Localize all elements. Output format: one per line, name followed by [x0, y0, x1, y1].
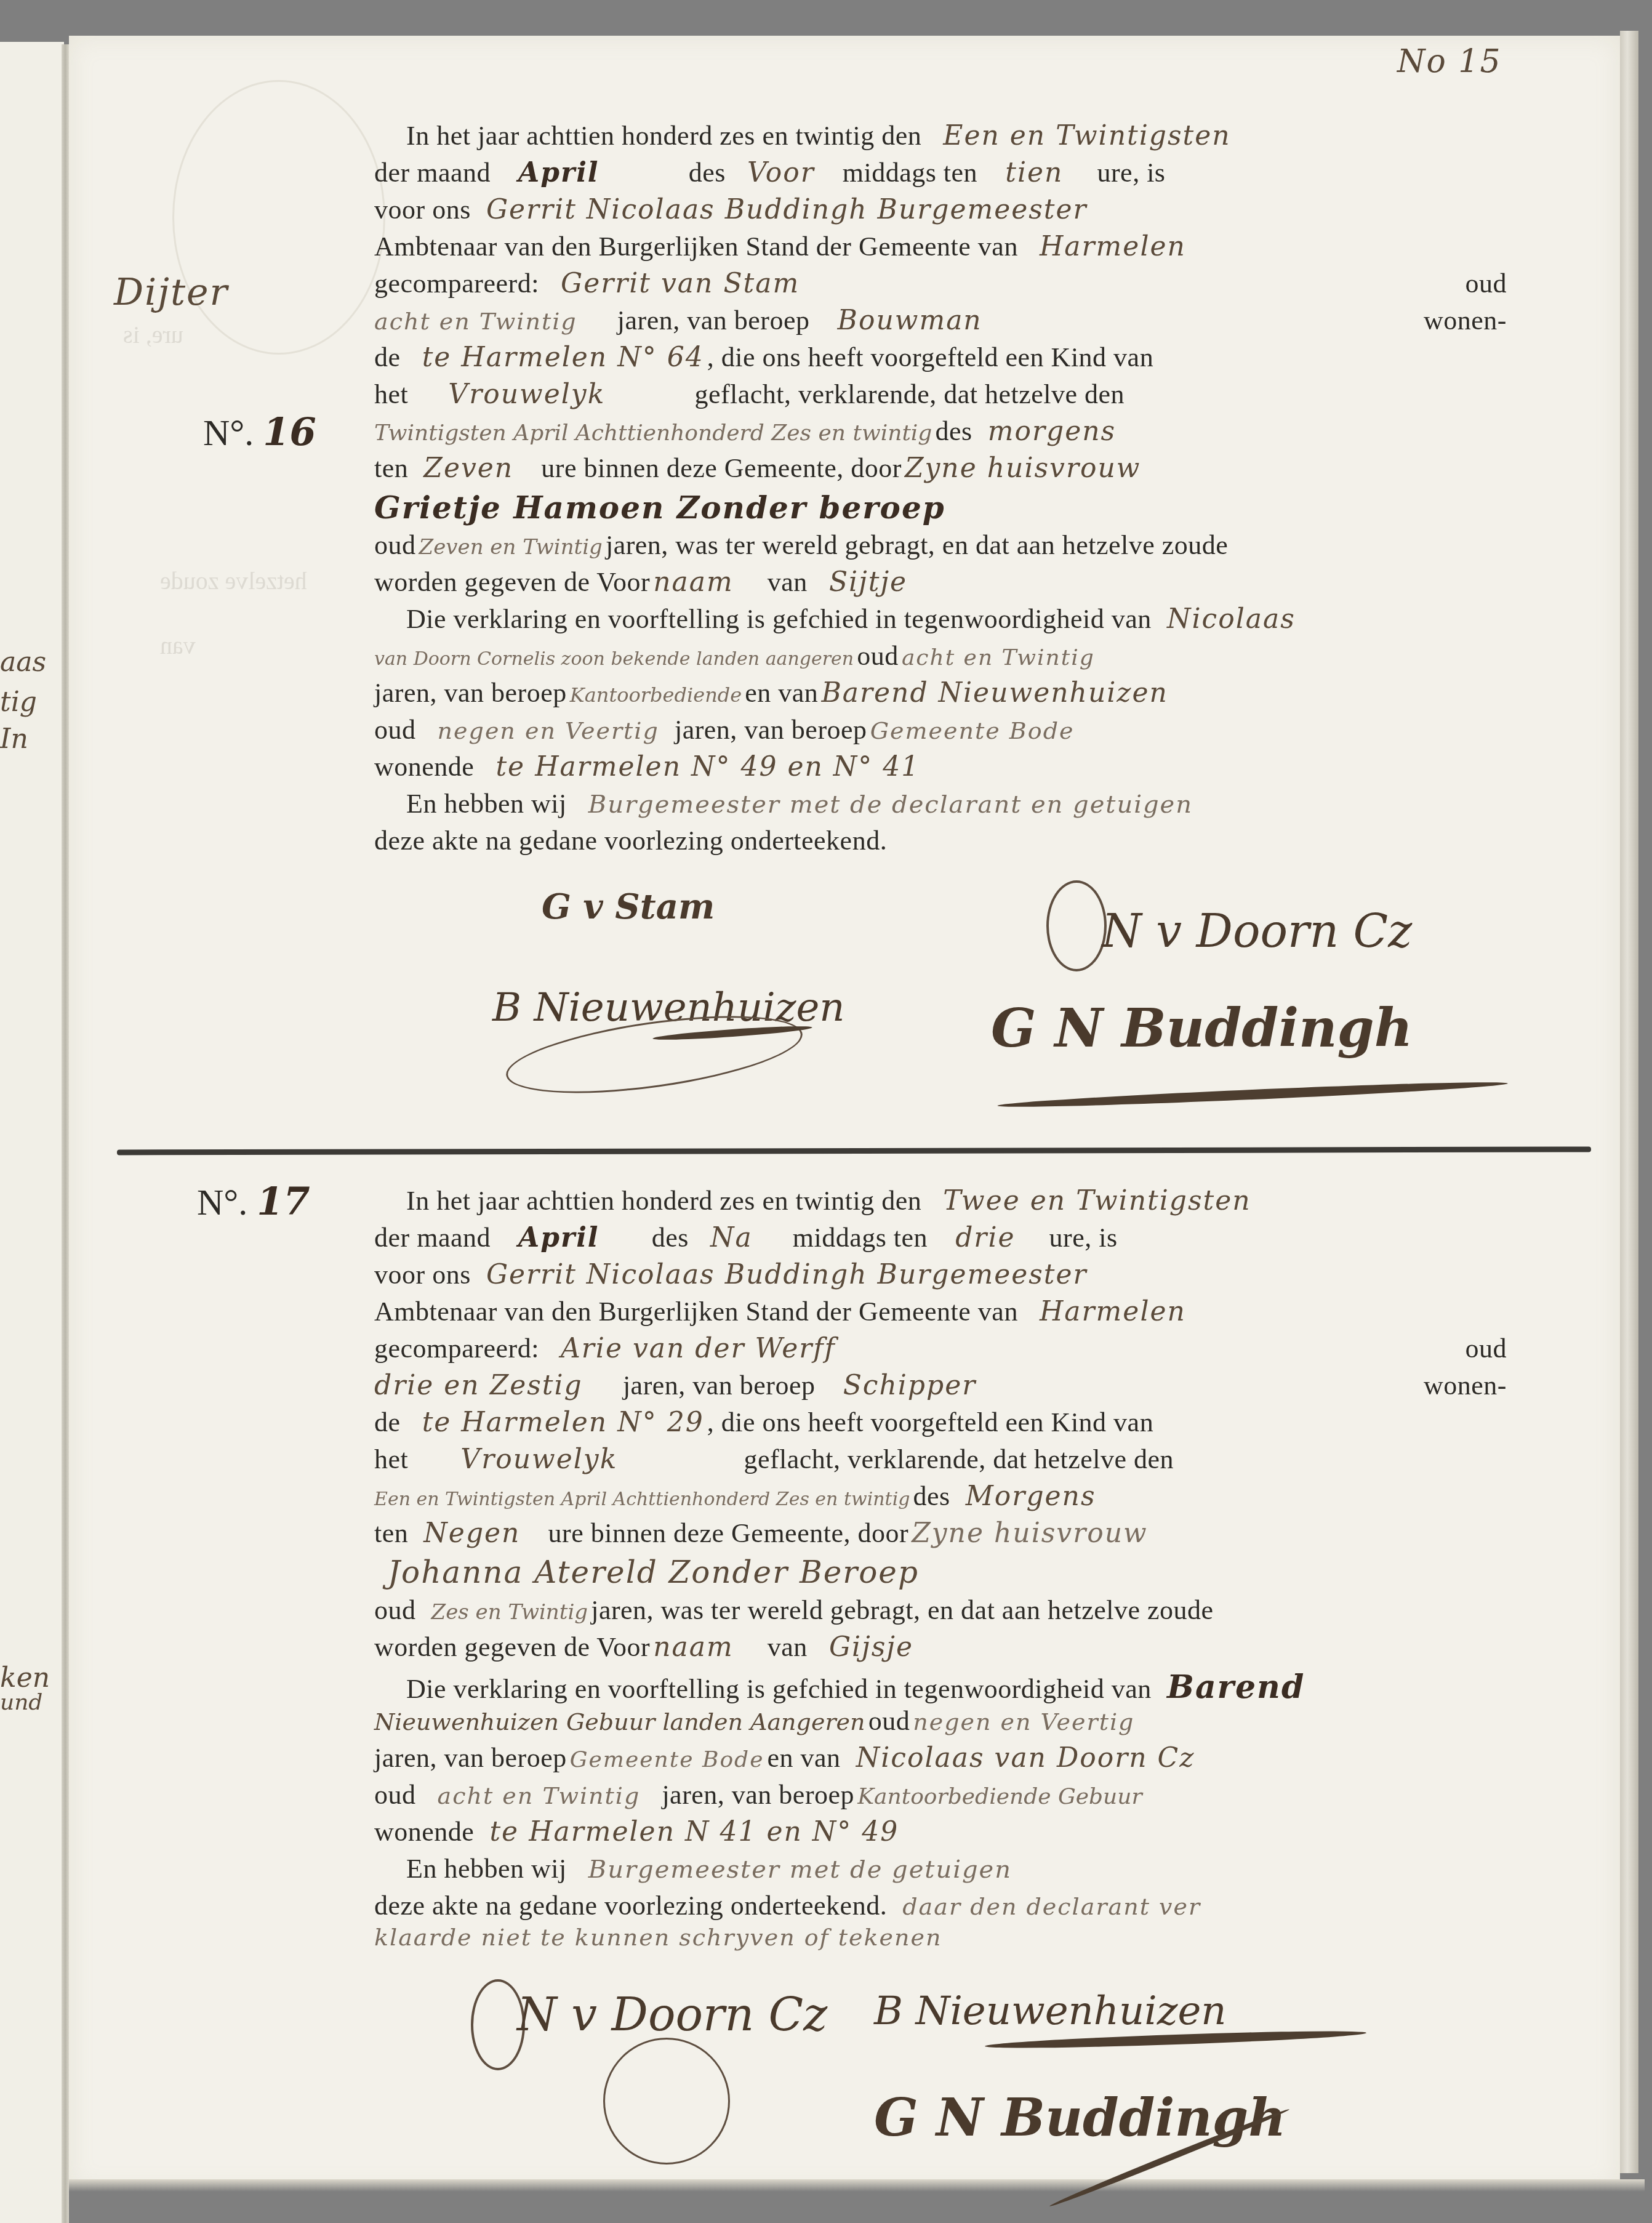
book-gutter [62, 44, 69, 2223]
signature-registrar: G N Buddingh [874, 2087, 1286, 2148]
bleed-through-text: hetzelve zoude [160, 566, 307, 595]
opposite-page [0, 42, 64, 2223]
act-16-line-1: In het jaar achttien honderd zes en twin… [406, 120, 1231, 151]
act-number: N°. 17 [197, 1179, 310, 1224]
act-number-label: N°. [203, 412, 254, 453]
act-16-line-15: van Doorn Cornelis zoon bekende landen a… [374, 640, 1095, 672]
act-17-line-19: En hebben wij Burgemeester met de getuig… [406, 1853, 1012, 1884]
act-17-line-2: der maand April des Na middags ten drie … [374, 1222, 1118, 1253]
act-16-line-9: Twintigsten April Achttienhonderd Zes en… [374, 416, 1116, 447]
act-16-line-3: voor ons Gerrit Nicolaas Buddingh Burgem… [374, 194, 1088, 225]
opposite-page-fragment: aas [0, 646, 46, 678]
signature-witness-1: N v Doorn Cz [517, 1988, 827, 2041]
act-16-line-6: acht en Twintig jaren, van beroep Bouwma… [374, 305, 1507, 336]
act-16-line-19: En hebben wij Burgemeester met de declar… [406, 788, 1193, 819]
act-17-line-3: voor ons Gerrit Nicolaas Buddingh Burgem… [374, 1259, 1088, 1290]
signature-flourish [1046, 880, 1107, 971]
signature-father: G v Stam [542, 886, 715, 927]
act-17-line-15: Nieuwenhuizen Gebuur landen Aangeren oud… [374, 1705, 1134, 1737]
act-16-line-2: der maand April des Voor middags ten tie… [374, 157, 1165, 188]
act-17-line-5: gecompareerd: Arie van der Werff oud [374, 1333, 1507, 1364]
page-edge [1620, 31, 1638, 2173]
opposite-page-fragment: In [0, 723, 28, 755]
act-17-line-21: klaarde niet te kunnen schryven of teken… [374, 1924, 942, 1951]
bleed-through-text: ure, is [123, 320, 183, 349]
page-number-annotation: No 15 [1397, 43, 1502, 80]
act-17-line-9: Een en Twintigsten April Achttienhonderd… [374, 1481, 1096, 1512]
act-16-line-5: gecompareerd: Gerrit van Stam oud [374, 268, 1507, 299]
act-number-label: N°. [197, 1182, 247, 1223]
act-17-line-18: wonende te Harmelen N 41 en N° 49 [374, 1816, 899, 1847]
act-17-line-13: worden gegeven de Voor naam van Gijsje [374, 1631, 913, 1663]
act-17-line-4: Ambtenaar van den Burgerlijken Stand der… [374, 1296, 1186, 1327]
act-17-line-14: Die verklaring en voorftelling is gefchi… [406, 1668, 1305, 1706]
act-17-line-12: oud Zes en Twintig jaren, was ter wereld… [374, 1594, 1214, 1626]
act-16-line-14: Die verklaring en voorftelling is gefchi… [406, 603, 1296, 635]
act-number: N°. 16 [203, 409, 316, 454]
act-16-line-18: wonende te Harmelen N° 49 en N° 41 [374, 751, 920, 782]
bleed-through-text: van [160, 631, 196, 660]
act-17-line-1: In het jaar achttien honderd zes en twin… [406, 1185, 1251, 1216]
act-16-line-7: de te Harmelen N° 64 , die ons heeft voo… [374, 342, 1153, 373]
margin-note: Dijter [114, 271, 228, 314]
act-16-line-12: oud Zeven en Twintig jaren, was ter were… [374, 529, 1228, 561]
act-16-line-13: worden gegeven de Voor naam van Sijtje [374, 566, 907, 598]
act-16-line-8: het Vrouwelyk geflacht, verklarende, dat… [374, 379, 1125, 410]
signature-registrar: G N Buddingh [991, 997, 1413, 1059]
act-16-line-20: deze akte na gedane voorlezing onderteek… [374, 825, 887, 856]
page-bottom-shadow [69, 2179, 1645, 2192]
act-number-value: 17 [257, 1179, 310, 1224]
signature-witness-2: B Nieuwenhuizen [874, 1988, 1227, 2034]
act-17-line-7: de te Harmelen N° 29 , die ons heeft voo… [374, 1407, 1153, 1438]
act-17-line-16: jaren, van beroep Gemeente Bode en van N… [374, 1742, 1195, 1774]
act-17-line-11: Johanna Atereld Zonder Beroep [388, 1554, 919, 1590]
act-17-line-8: het Vrouwelyk geflacht, verklarende, dat… [374, 1444, 1174, 1475]
signature-witness-1: N v Doorn Cz [1102, 905, 1412, 958]
act-16-line-17: oud negen en Veertig jaren, van beroep G… [374, 714, 1074, 746]
opposite-page-fragment: und [0, 1690, 42, 1715]
act-16-line-11: Grietje Hamoen Zonder beroep [374, 489, 945, 526]
act-17-line-6: drie en Zestig jaren, van beroep Schippe… [374, 1370, 1507, 1401]
act-17-line-10: ten Negen ure binnen deze Gemeente, door… [374, 1518, 1148, 1549]
act-16-line-4: Ambtenaar van den Burgerlijken Stand der… [374, 231, 1186, 262]
act-16-line-10: ten Zeven ure binnen deze Gemeente, door… [374, 452, 1141, 484]
opposite-page-fragment: tig [0, 686, 37, 718]
act-16-line-16: jaren, van beroep Kantoorbediende en van… [374, 677, 1168, 709]
signature-flourish [603, 2038, 730, 2165]
act-17-line-20: deze akte na gedane voorlezing onderteek… [374, 1890, 1201, 1921]
act-number-value: 16 [263, 409, 316, 454]
opposite-page-fragment: ken [0, 1662, 50, 1694]
act-17-line-17: oud acht en Twintig jaren, van beroep Ka… [374, 1779, 1142, 1811]
